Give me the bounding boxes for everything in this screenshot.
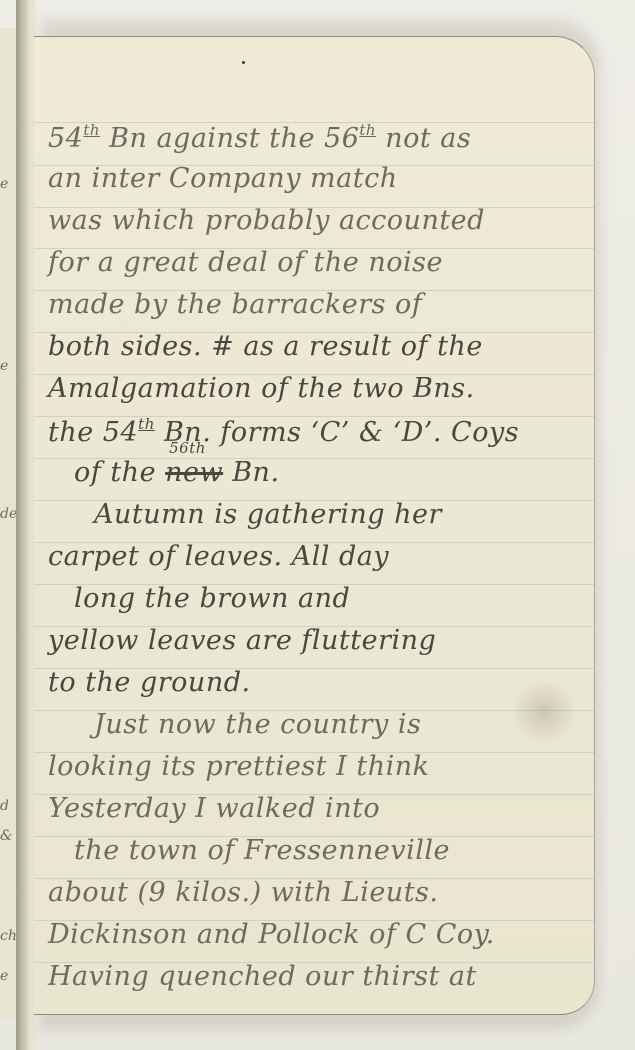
handwritten-line: to the ground. — [48, 667, 251, 698]
handwritten-line: looking its prettiest I think — [48, 751, 429, 782]
superscript: th — [359, 121, 376, 139]
handwritten-line: Yesterday I walked into — [48, 793, 380, 824]
handwritten-line: carpet of leaves. All day — [48, 541, 389, 572]
handwritten-line: Dickinson and Pollock of C Coy. — [48, 919, 495, 950]
handwritten-line: was which probably accounted — [48, 205, 485, 236]
struck-word: new — [165, 457, 223, 488]
text-fragment: not as — [376, 123, 471, 154]
handwritten-line: 54th Bn against the 56th not as — [48, 121, 471, 154]
handwritten-line: long the brown and — [74, 583, 350, 614]
handwritten-line: both sides. # as a result of the — [48, 331, 483, 362]
notebook-page: 54th Bn against the 56th not as an inter… — [34, 36, 595, 1015]
correction: new56th — [165, 457, 223, 488]
handwritten-line: Just now the country is — [94, 709, 421, 740]
text-fragment: 54 — [48, 123, 83, 154]
handwritten-line: the town of Fressenneville — [74, 835, 450, 866]
handwritten-line: an inter Company match — [48, 163, 398, 194]
text-fragment: of the — [74, 457, 165, 488]
previous-page-edge: e e de d & ch e — [0, 28, 17, 1018]
handwritten-line: Amalgamation of the two Bns. — [48, 373, 475, 404]
prev-page-fragment: e — [0, 176, 8, 192]
prev-page-fragment: ch — [0, 928, 17, 944]
ink-dot — [242, 61, 245, 64]
binding-gutter — [16, 0, 28, 1050]
handwritten-line: for a great deal of the noise — [48, 247, 443, 278]
handwritten-line: the 54th Bn. forms ‘C’ & ‘D’. Coys — [48, 415, 519, 448]
superscript: th — [138, 415, 155, 433]
text-fragment: Bn. forms ‘C’ & ‘D’. Coys — [155, 417, 519, 448]
prev-page-fragment: d — [0, 798, 9, 814]
text-fragment: Bn. — [223, 457, 279, 488]
prev-page-fragment: e — [0, 968, 8, 984]
prev-page-fragment: & — [0, 828, 12, 844]
text-fragment: Bn against the 56 — [100, 123, 359, 154]
handwritten-line: yellow leaves are fluttering — [48, 625, 436, 656]
text-fragment: the 54 — [48, 417, 138, 448]
prev-page-fragment: e — [0, 358, 8, 374]
handwritten-line: made by the barrackers of — [48, 289, 422, 320]
prev-page-fragment: de — [0, 506, 17, 522]
handwritten-line: Having quenched our thirst at — [48, 961, 477, 992]
handwritten-line: about (9 kilos.) with Lieuts. — [48, 877, 438, 908]
ink-smudge — [514, 682, 574, 742]
inserted-word: 56th — [169, 439, 206, 457]
handwritten-line: of the new56th Bn. — [74, 457, 280, 488]
handwritten-line: Autumn is gathering her — [94, 499, 442, 530]
superscript: th — [83, 121, 100, 139]
